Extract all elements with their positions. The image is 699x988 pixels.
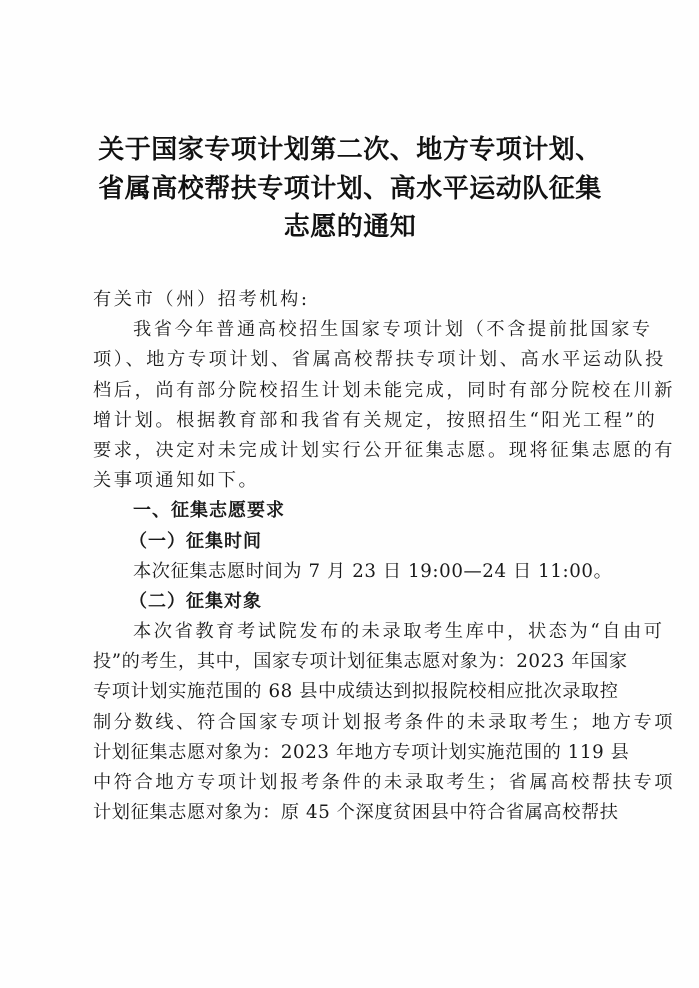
salutation: 有关市（州）招考机构: xyxy=(93,285,613,315)
intro-line-1: 我省今年普通高校招生国家专项计划（不含提前批国家专 xyxy=(93,315,613,345)
target-line-3: 专项计划实施范围的 68 县中成绩达到拟报院校相应批次录取控 xyxy=(93,677,613,707)
document-body: 有关市（州）招考机构: 我省今年普通高校招生国家专项计划（不含提前批国家专 项）… xyxy=(93,285,613,828)
collection-time-text: 本次征集志愿时间为 7 月 23 日 19:00—24 日 11:00。 xyxy=(93,557,613,587)
subsection-heading-time: （一）征集时间 xyxy=(93,527,613,557)
section-heading-1: 一、征集志愿要求 xyxy=(93,496,613,526)
intro-line-3: 档后，尚有部分院校招生计划未能完成，同时有部分院校在川新 xyxy=(93,376,613,406)
document-page: 关于国家专项计划第二次、地方专项计划、 省属高校帮扶专项计划、高水平运动队征集 … xyxy=(0,0,699,988)
title-line-1: 关于国家专项计划第二次、地方专项计划、 xyxy=(60,131,640,170)
target-line-6: 中符合地方专项计划报考条件的未录取考生；省属高校帮扶专项 xyxy=(93,768,613,798)
target-line-2: 投”的考生，其中，国家专项计划征集志愿对象为：2023 年国家 xyxy=(93,647,613,677)
title-line-3: 志愿的通知 xyxy=(60,208,640,247)
intro-line-6: 关事项通知如下。 xyxy=(93,466,613,496)
intro-line-5: 要求，决定对未完成计划实行公开征集志愿。现将征集志愿的有 xyxy=(93,436,613,466)
title-line-2: 省属高校帮扶专项计划、高水平运动队征集 xyxy=(60,170,640,209)
intro-line-4: 增计划。根据教育部和我省有关规定，按照招生“阳光工程”的 xyxy=(93,406,613,436)
subsection-heading-target: （二）征集对象 xyxy=(93,587,613,617)
target-line-5: 计划征集志愿对象为：2023 年地方专项计划实施范围的 119 县 xyxy=(93,738,613,768)
target-line-1: 本次省教育考试院发布的未录取考生库中，状态为“自由可 xyxy=(93,617,613,647)
document-title: 关于国家专项计划第二次、地方专项计划、 省属高校帮扶专项计划、高水平运动队征集 … xyxy=(60,131,640,247)
intro-line-2: 项）、地方专项计划、省属高校帮扶专项计划、高水平运动队投 xyxy=(93,345,613,375)
target-line-4: 制分数线、符合国家专项计划报考条件的未录取考生；地方专项 xyxy=(93,708,613,738)
target-line-7: 计划征集志愿对象为：原 45 个深度贫困县中符合省属高校帮扶 xyxy=(93,798,613,828)
